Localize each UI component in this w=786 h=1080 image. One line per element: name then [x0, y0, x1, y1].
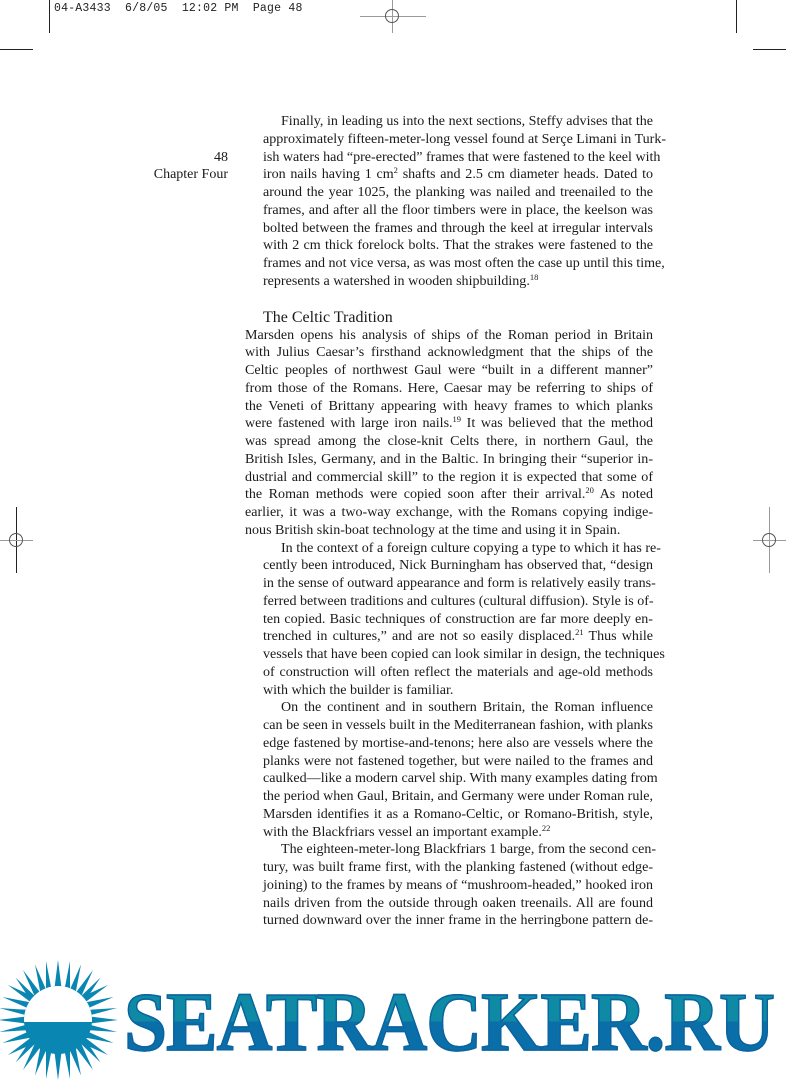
footnote-ref: 19	[453, 414, 462, 424]
footnote-ref: 22	[542, 823, 551, 833]
page-number: 48	[214, 149, 228, 167]
paragraph: In the context of a foreign culture copy…	[245, 540, 653, 700]
crop-mark-top-right-horizontal	[753, 49, 786, 50]
body-text: Finally, in leading us into the next sec…	[245, 113, 653, 930]
crop-mark-top-right-vertical	[736, 0, 737, 33]
paragraph: Marsden opens his analysis of ships of t…	[245, 327, 653, 540]
footnote-ref: 21	[575, 627, 584, 637]
footnote-ref: 20	[585, 485, 594, 495]
watermark-text: SEATRACKER.RU	[124, 990, 774, 1056]
section-heading: The Celtic Tradition	[263, 308, 653, 327]
crop-mark-top-left-horizontal	[0, 49, 33, 50]
paragraph: On the continent and in southern Britain…	[245, 699, 653, 841]
crop-mark-top-left-vertical	[49, 0, 50, 33]
sun-over-sea-icon	[0, 958, 120, 1080]
paragraph: Finally, in leading us into the next sec…	[245, 113, 653, 291]
print-slug: 04-A3433 6/8/05 12:02 PM Page 48	[54, 2, 303, 15]
chapter-label: Chapter Four	[154, 166, 228, 184]
watermark: SEATRACKER.RU	[0, 960, 786, 1070]
paragraph: The eighteen-meter-long Blackfriars 1 ba…	[245, 841, 653, 930]
footnote-ref: 18	[530, 272, 539, 282]
